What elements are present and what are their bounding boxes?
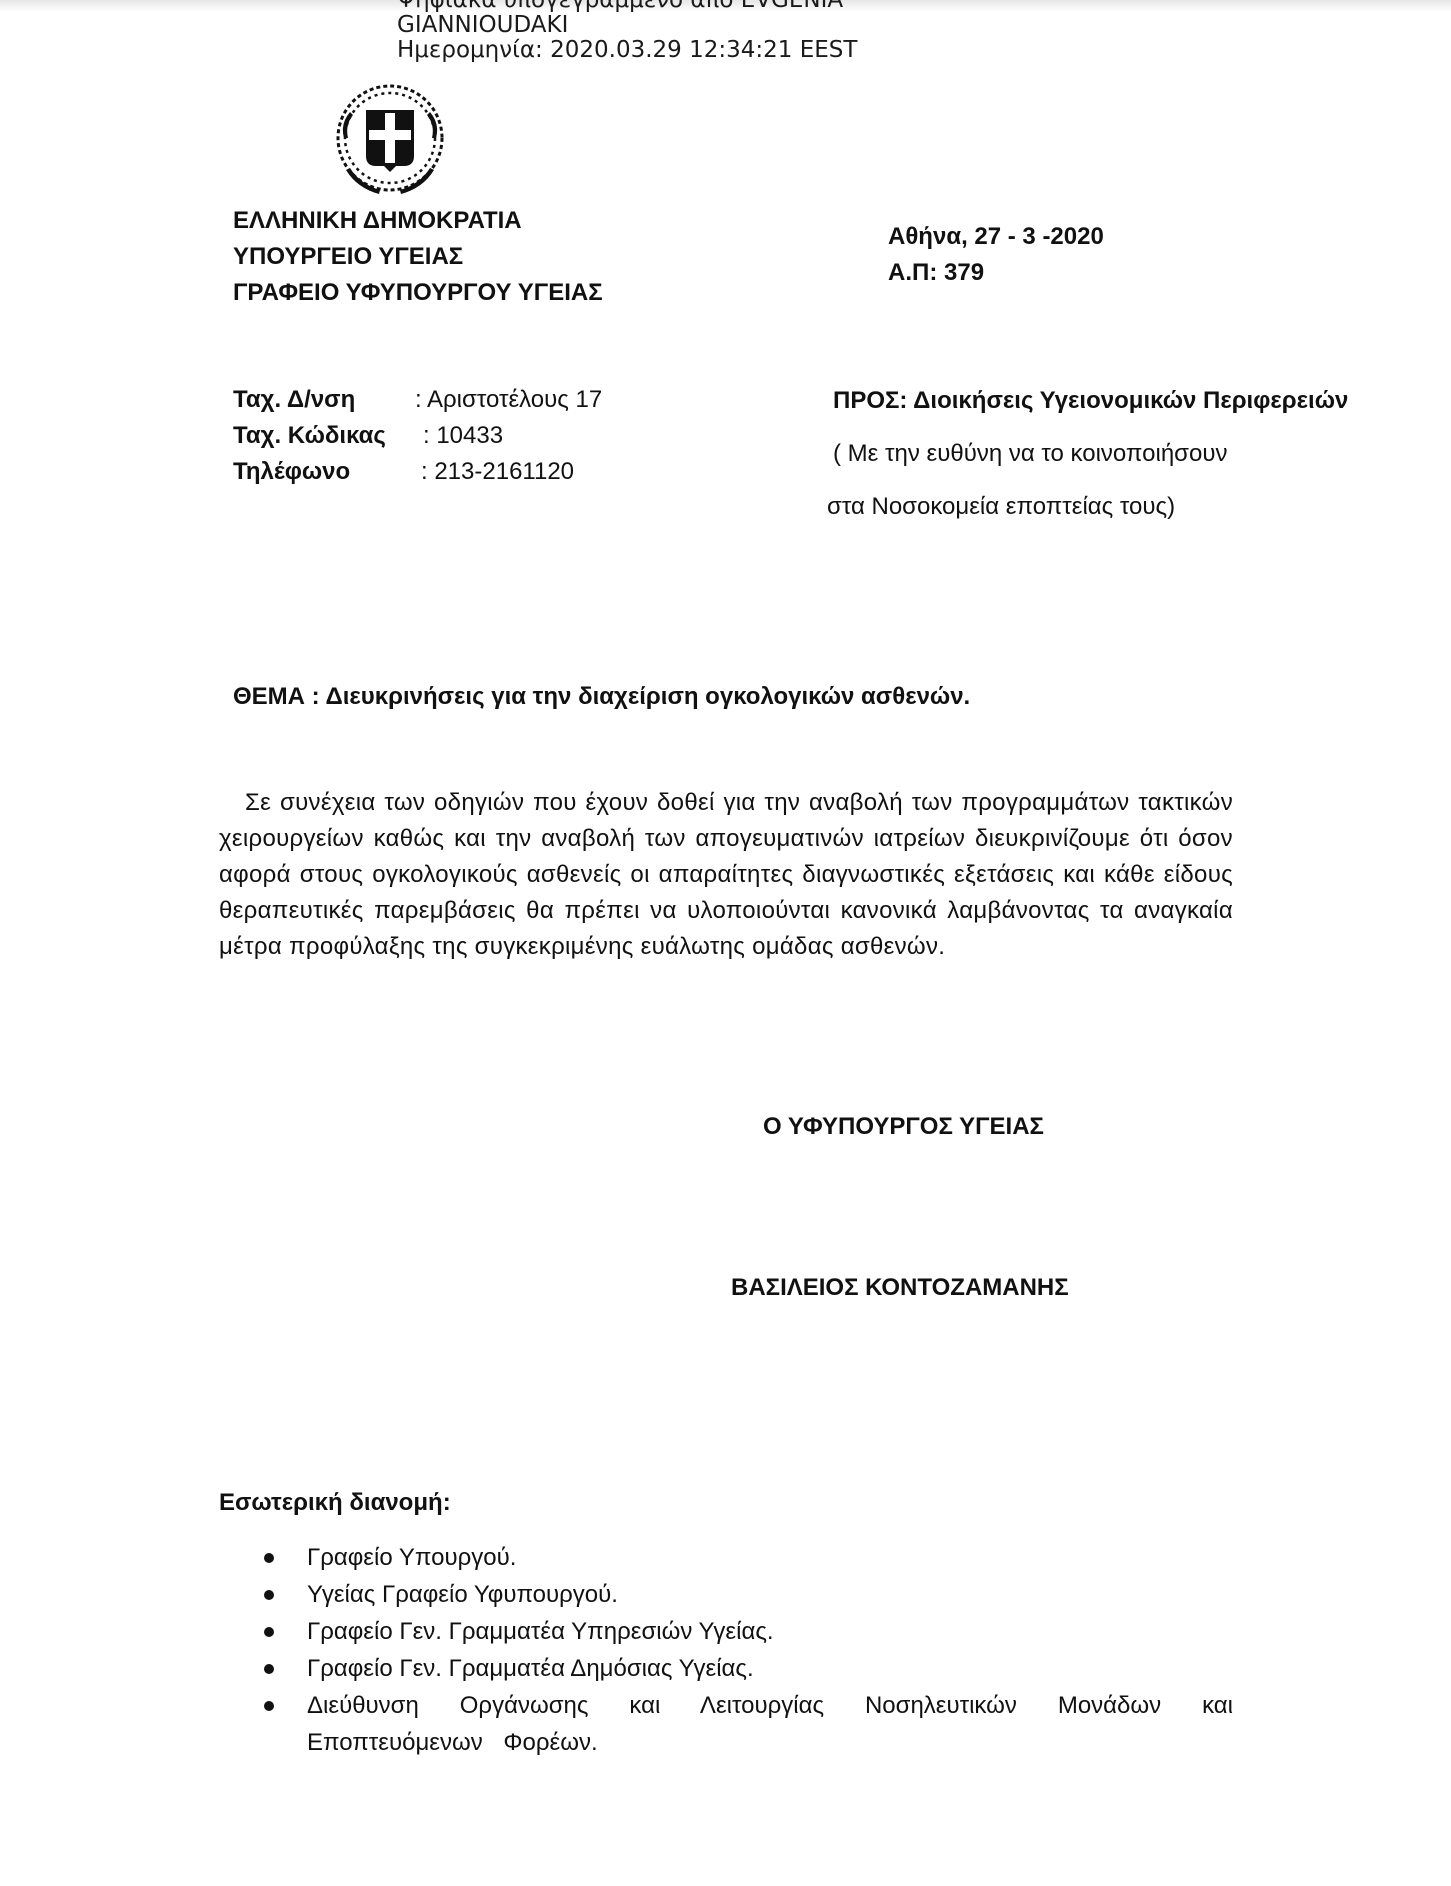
distribution-item-text: Γραφείο Γεν. Γραμματέα Δημόσιας Υγείας. <box>307 1655 754 1682</box>
distribution-item-text: Υγείας Γραφείο Υφυπουργού. <box>307 1581 618 1608</box>
contact-label: Ταχ. Δ/νση <box>233 382 415 418</box>
contact-value: : 213-2161120 <box>421 454 574 490</box>
distribution-item-text: Γραφείο Υπουργού. <box>307 1544 516 1571</box>
contact-value: : Αριστοτέλους 17 <box>415 382 602 418</box>
document-date: Αθήνα, 27 - 3 -2020 <box>888 219 1104 255</box>
recipient-note-1: ( Με την ευθύνη να το κοινοποιήσουν <box>833 436 1348 472</box>
recipient-to: ΠΡΟΣ: Διοικήσεις Υγειονομικών Περιφερειώ… <box>833 383 1348 419</box>
list-item: Γραφείο Υπουργού. <box>219 1539 1233 1576</box>
header-republic: ΕΛΛΗΝΙΚΗ ΔΗΜΟΚΡΑΤΙΑ <box>233 203 603 239</box>
contact-phone-row: Τηλέφωνο : 213-2161120 <box>233 454 602 490</box>
greek-coat-of-arms-icon <box>330 78 450 200</box>
body-paragraph: Σε συνέχεια των οδηγιών που έχουν δοθεί … <box>219 785 1233 965</box>
date-block: Αθήνα, 27 - 3 -2020 Α.Π: 379 <box>888 219 1104 291</box>
distribution-item-text: Διεύθυνση Οργάνωσης και Λειτουργίας Νοση… <box>307 1692 1233 1756</box>
list-item: Γραφείο Γεν. Γραμματέα Δημόσιας Υγείας. <box>219 1650 1233 1687</box>
contact-postcode-row: Ταχ. Κώδικας : 10433 <box>233 418 602 454</box>
header-ministry: ΥΠΟΥΡΓΕΙΟ ΥΓΕΙΑΣ <box>233 239 603 275</box>
bullet-icon <box>264 1627 274 1637</box>
signature-signer-name: GIANNIOUDAKI <box>397 13 857 38</box>
list-item: Υγείας Γραφείο Υφυπουργού. <box>219 1576 1233 1613</box>
distribution-title: Εσωτερική διανομή: <box>219 1485 451 1521</box>
signer-name: ΒΑΣΙΛΕΙΟΣ ΚΟΝΤΟΖΑΜΑΝΗΣ <box>731 1270 1069 1306</box>
contact-label: Ταχ. Κώδικας <box>233 418 423 454</box>
digital-signature-stamp: Ψηφιακά υπογεγραμμένο από EVGENIA GIANNI… <box>397 0 857 63</box>
recipient-block: ΠΡΟΣ: Διοικήσεις Υγειονομικών Περιφερειώ… <box>833 383 1348 525</box>
signer-title: Ο ΥΦΥΠΟΥΡΓΟΣ ΥΓΕΙΑΣ <box>763 1109 1044 1145</box>
protocol-number: Α.Π: 379 <box>888 255 1104 291</box>
contact-address-row: Ταχ. Δ/νση : Αριστοτέλους 17 <box>233 382 602 418</box>
bullet-icon <box>264 1664 274 1674</box>
contact-info: Ταχ. Δ/νση : Αριστοτέλους 17 Ταχ. Κώδικα… <box>233 382 602 490</box>
signature-date: Ημερομηνία: 2020.03.29 12:34:21 EEST <box>397 38 857 63</box>
list-item: Διεύθυνση Οργάνωσης και Λειτουργίας Νοση… <box>219 1687 1233 1761</box>
recipient-note-2: στα Νοσοκομεία εποπτείας τους) <box>827 489 1348 525</box>
bullet-icon <box>264 1590 274 1600</box>
bullet-icon <box>264 1701 274 1711</box>
bullet-icon <box>264 1553 274 1563</box>
contact-label: Τηλέφωνο <box>233 454 421 490</box>
contact-value: : 10433 <box>423 418 503 454</box>
subject-line: ΘΕΜΑ : Διευκρινήσεις για την διαχείριση … <box>233 679 970 715</box>
header-office: ΓΡΑΦΕΙΟ ΥΦΥΠΟΥΡΓΟΥ ΥΓΕΙΑΣ <box>233 275 603 311</box>
distribution-item-text: Γραφείο Γεν. Γραμματέα Υπηρεσιών Υγείας. <box>307 1618 774 1645</box>
ministry-header: ΕΛΛΗΝΙΚΗ ΔΗΜΟΚΡΑΤΙΑ ΥΠΟΥΡΓΕΙΟ ΥΓΕΙΑΣ ΓΡΑ… <box>233 203 603 311</box>
list-item: Γραφείο Γεν. Γραμματέα Υπηρεσιών Υγείας. <box>219 1613 1233 1650</box>
distribution-list: Γραφείο Υπουργού. Υγείας Γραφείο Υφυπουρ… <box>219 1539 1233 1761</box>
